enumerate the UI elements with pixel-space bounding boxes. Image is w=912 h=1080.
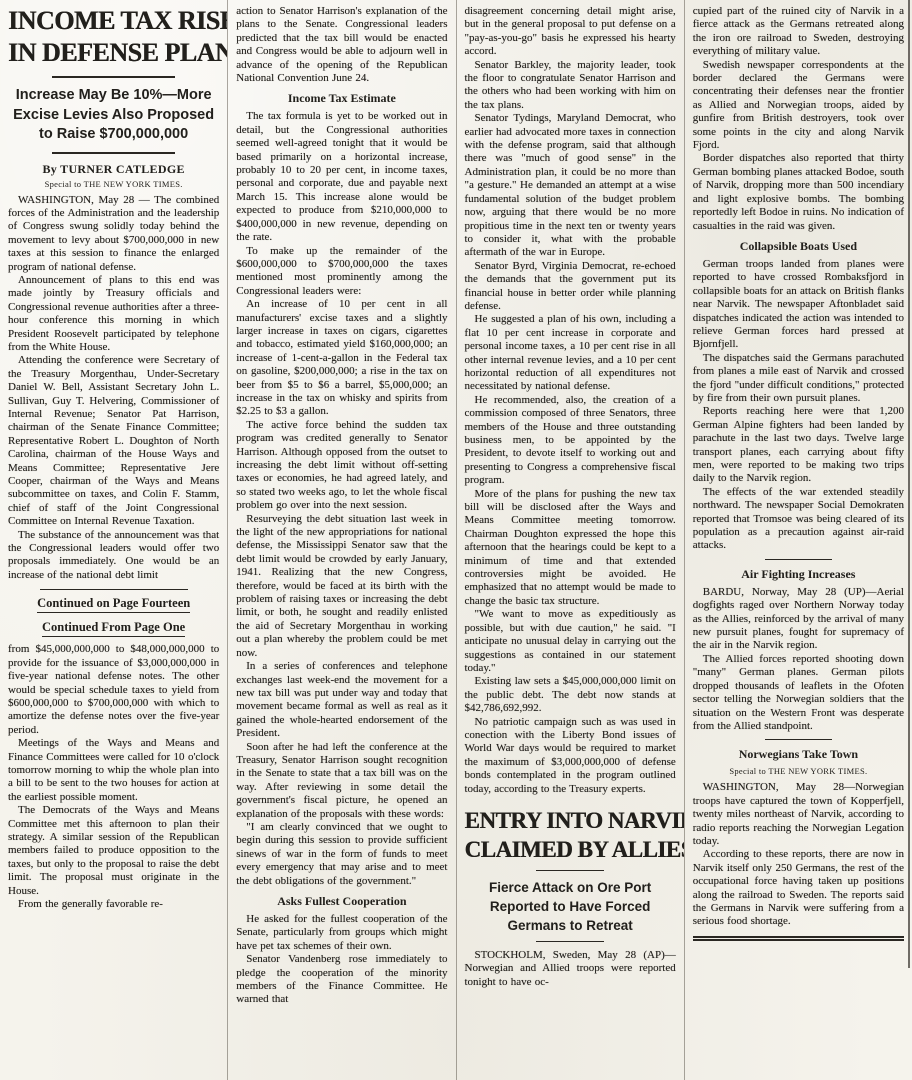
column-4: cupied part of the ruined city of Narvik… [684, 0, 912, 1080]
paragraph: "We want to move as expeditiously as pos… [465, 608, 676, 675]
main-article-deck: Increase May Be 10%—More Excise Levies A… [10, 86, 217, 145]
paragraph: The dispatches said the Germans parachut… [693, 352, 904, 406]
paragraph: disagreement concerning detail might ari… [465, 5, 676, 59]
paragraph: cupied part of the ruined city of Narvik… [693, 5, 904, 59]
headline-line: IN DEFENSE PLANS [8, 37, 219, 69]
headline-line: INCOME TAX RISE [8, 5, 219, 37]
paragraph: The active force behind the sudden tax p… [236, 419, 447, 513]
continued-text: Continued on Page Fourteen [37, 596, 190, 613]
paragraph: WASHINGTON, May 28—Norwegian troops have… [693, 781, 904, 848]
article-columns: INCOME TAX RISEIN DEFENSE PLANSIncrease … [0, 0, 912, 1080]
paragraph: The Allied forces reported shooting down… [693, 653, 904, 733]
divider-rule [765, 739, 833, 740]
column-1: INCOME TAX RISEIN DEFENSE PLANSIncrease … [0, 0, 227, 1080]
headline-line: ENTRY INTO NARVIK [465, 806, 676, 835]
paragraph: Announcement of plans to this end was ma… [8, 274, 219, 354]
paragraph: From the generally favorable re- [8, 898, 219, 911]
narvik-article-deck: Fierce Attack on Ore Port Reported to Ha… [467, 878, 674, 935]
paragraph: The effects of the war extended steadily… [693, 486, 904, 553]
paragraph: Reports reaching here were that 1,200 Ge… [693, 405, 904, 485]
paragraph: An increase of 10 per cent in all manufa… [236, 298, 447, 419]
paragraph: BARDU, Norway, May 28 (UP)—Aerial dogfig… [693, 586, 904, 653]
paragraph: WASHINGTON, May 28 — The combined forces… [8, 194, 219, 274]
continued-from-notice: Continued From Page One [8, 620, 219, 637]
section-subhead: Income Tax Estimate [236, 91, 447, 106]
byline: By TURNER CATLEDGE [8, 162, 219, 177]
divider-rule [536, 870, 604, 871]
divider-rule [536, 941, 604, 942]
continued-text: Continued From Page One [42, 620, 185, 637]
paragraph: Senator Vandenberg rose immediately to p… [236, 953, 447, 1007]
paragraph: Resurveying the debt situation last week… [236, 513, 447, 660]
main-article-headline: INCOME TAX RISEIN DEFENSE PLANS [8, 5, 219, 69]
paragraph: action to Senator Harrison's explanation… [236, 5, 447, 85]
paragraph: He recommended, also, the creation of a … [465, 394, 676, 488]
paragraph: German troops landed from planes were re… [693, 258, 904, 352]
paragraph: The Democrats of the Ways and Means Comm… [8, 804, 219, 898]
paragraph: Meetings of the Ways and Means and Finan… [8, 737, 219, 804]
newspaper-page: INCOME TAX RISEIN DEFENSE PLANSIncrease … [0, 0, 912, 1080]
paragraph: Swedish newspaper correspondents at the … [693, 59, 904, 153]
paragraph: In a series of conferences and telephone… [236, 660, 447, 740]
credit-line: Special to THE NEW YORK TIMES. [693, 766, 904, 776]
paragraph: from $45,000,000,000 to $48,000,000,000 … [8, 643, 219, 737]
paragraph: He asked for the fullest cooperation of … [236, 913, 447, 953]
section-subhead: Asks Fullest Cooperation [236, 894, 447, 909]
section-subhead: Air Fighting Increases [693, 567, 904, 582]
divider-rule [693, 936, 904, 941]
paragraph: Attending the conference were Secretary … [8, 354, 219, 528]
paragraph: Soon after he had left the conference at… [236, 741, 447, 821]
paragraph: Senator Barkley, the majority leader, to… [465, 59, 676, 113]
paragraph: The substance of the announcement was th… [8, 529, 219, 583]
headline-line: CLAIMED BY ALLIES [465, 835, 676, 864]
column-3: disagreement concerning detail might ari… [456, 0, 684, 1080]
paragraph: No patriotic campaign such as was used i… [465, 716, 676, 796]
paragraph: Senator Tydings, Maryland Democrat, who … [465, 112, 676, 259]
divider-rule [765, 559, 833, 560]
paragraph: Existing law sets a $45,000,000,000 limi… [465, 675, 676, 715]
narvik-article-headline: ENTRY INTO NARVIKCLAIMED BY ALLIES [465, 806, 676, 864]
paragraph: More of the plans for pushing the new ta… [465, 488, 676, 609]
page-edge-line [908, 0, 910, 968]
paragraph: He suggested a plan of his own, includin… [465, 313, 676, 393]
paragraph: The tax formula is yet to be worked out … [236, 110, 447, 244]
paragraph: To make up the remainder of the $600,000… [236, 245, 447, 299]
divider-rule [52, 76, 175, 78]
paragraph: According to these reports, there are no… [693, 848, 904, 928]
paragraph: Senator Byrd, Virginia Democrat, re-echo… [465, 260, 676, 314]
section-subhead: Collapsible Boats Used [693, 239, 904, 254]
paragraph: Border dispatches also reported that thi… [693, 152, 904, 232]
column-2: action to Senator Harrison's explanation… [227, 0, 455, 1080]
credit-line: Special to THE NEW YORK TIMES. [8, 179, 219, 189]
section-subhead: Norwegians Take Town [693, 747, 904, 762]
paragraph: STOCKHOLM, Sweden, May 28 (AP)—Norwegian… [465, 949, 676, 989]
paragraph: "I am clearly convinced that we ought to… [236, 821, 447, 888]
divider-rule [52, 152, 175, 154]
continued-on-notice: Continued on Page Fourteen [8, 589, 219, 613]
